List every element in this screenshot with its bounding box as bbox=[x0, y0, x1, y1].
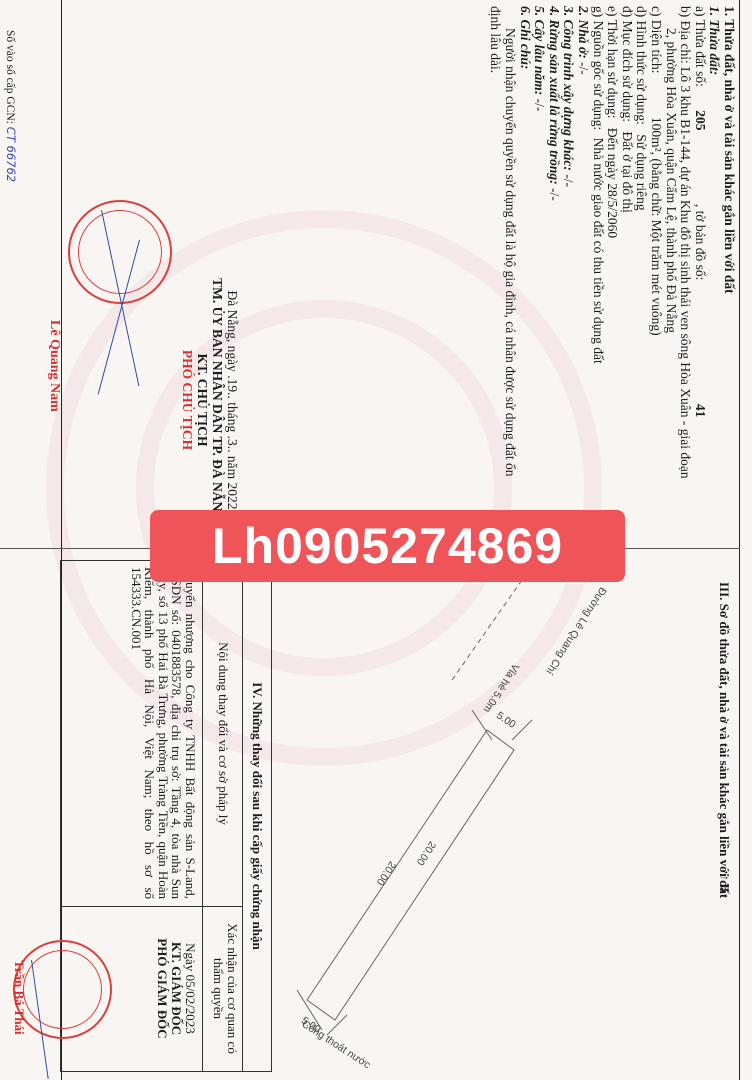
usage-origin-row: g) Nguồn gốc sử dụng: Nhà nước giao đất … bbox=[590, 6, 605, 546]
other-construction-row: 3. Công trình xây dựng khác: -/- bbox=[561, 6, 576, 546]
issuer-role: KT. CHỦ TỊCH bbox=[195, 250, 210, 550]
col-changes-header: Nội dung thay đổi và cơ sở pháp lý bbox=[215, 561, 231, 906]
parcel-diagram bbox=[272, 560, 712, 1070]
parcel-number: 205 bbox=[693, 110, 708, 130]
north-indicator: ↑ B bbox=[717, 875, 732, 892]
area-row: c) Diện tích: 100m², (bằng chữ: Một trăm… bbox=[648, 6, 663, 546]
gcn-number-row: Số vào sổ cấp GCN: CT 66762 bbox=[4, 30, 18, 182]
section-land-info: 1. Thửa đất, nhà ở và tài sản khác gắn l… bbox=[488, 6, 736, 546]
change-content: Chuyển nhượng cho Công ty TNHH Bất động … bbox=[130, 567, 198, 899]
parcel-number-row: a) Thửa đất số: 205 , tờ bản đồ số: 41 bbox=[692, 6, 707, 546]
confirm-name: Trần Bá Thái bbox=[11, 960, 27, 1035]
address-row-2: 2, phường Hòa Xuân, quận Cẩm Lệ, thành p… bbox=[663, 6, 678, 546]
section-heading: 1. Thửa đất, nhà ở và tài sản khác gắn l… bbox=[721, 6, 736, 546]
usage-form-row: d) Hình thức sử dụng: Sử dụng riêng bbox=[634, 6, 649, 546]
page-border-top bbox=[739, 0, 740, 1080]
address-row: b) Địa chỉ: Lô 3 khu B1-144, dự án Khu đ… bbox=[678, 6, 693, 546]
office-seal-stamp bbox=[13, 940, 112, 1039]
usage-term-row: e) Thời hạn sử dụng: Đến ngày 28/5/2060 bbox=[605, 6, 620, 546]
issuer-role-stamp: PHÓ CHỦ TỊCH bbox=[180, 250, 195, 550]
issuer-name: Lê Quang Nam bbox=[46, 320, 62, 412]
changes-title: IV. Những thay đổi sau khi cấp giấy chứn… bbox=[242, 561, 271, 1071]
notes-heading: 6. Ghi chú: bbox=[517, 6, 532, 546]
table-col-divider bbox=[61, 906, 243, 907]
notes-text-2: định lâu dài. bbox=[488, 6, 503, 546]
map-sheet-number: 41 bbox=[693, 404, 708, 418]
land-subheading: 1. Thửa đất: bbox=[707, 6, 722, 546]
diagram-title: III. Sơ đồ thửa đất, nhà ở và tài sản kh… bbox=[716, 582, 732, 898]
confirm-block: Ngày 05/02/2023 KT. GIÁM ĐỐC PHÓ GIÁM ĐỐ… bbox=[155, 911, 197, 1066]
gcn-number: CT 66762 bbox=[4, 127, 18, 182]
city-seal-stamp bbox=[68, 200, 172, 304]
confirm-date: Ngày 05/02/2023 bbox=[183, 911, 197, 1066]
notes-text: Người nhận chuyển quyền sử dụng đất là h… bbox=[503, 6, 518, 546]
changes-header: Nội dung thay đổi và cơ sở pháp lý Xác n… bbox=[202, 561, 243, 1071]
usage-purpose-row: đ) Mục đích sử dụng: Đất ở tại đô thị bbox=[619, 6, 634, 546]
north-arrow-icon: ↑ bbox=[718, 875, 732, 881]
confirm-role-1: KT. GIÁM ĐỐC bbox=[169, 911, 183, 1066]
issuer-org: TM. ỦY BAN NHÂN DÂN TP. ĐÀ NẴNG bbox=[210, 250, 225, 550]
forest-row: 4. Rừng sản xuất là rừng trồng: -/- bbox=[546, 6, 561, 546]
issuer-signature-block: Đà Nẵng, ngày .19.. tháng .3.. năm 2022 … bbox=[180, 250, 240, 550]
phone-contact-banner[interactable]: Lh0905274869 bbox=[150, 510, 625, 582]
issue-date: Đà Nẵng, ngày .19.. tháng .3.. năm 2022 bbox=[225, 250, 240, 550]
perennial-trees-row: 5. Cây lâu năm: -/- bbox=[532, 6, 547, 546]
col-confirm-header: Xác nhận của cơ quan có thẩm quyền bbox=[211, 911, 239, 1066]
house-row: 2. Nhà ở: -/- bbox=[575, 6, 590, 546]
area-value: 100m², (bằng chữ: Một trăm mét vuông) bbox=[649, 117, 664, 336]
confirm-role-2: PHÓ GIÁM ĐỐC bbox=[155, 911, 169, 1066]
